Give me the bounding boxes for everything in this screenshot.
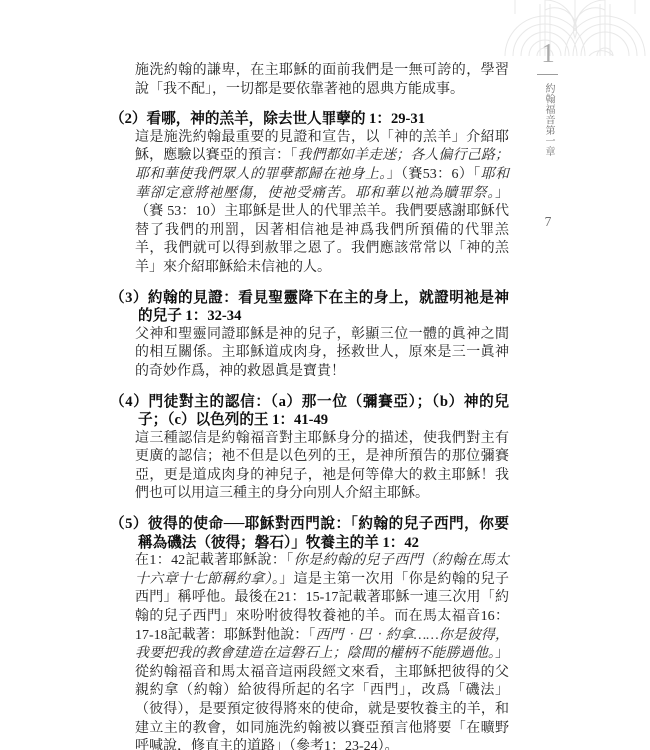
text-run: 施洗約翰的謙卑，在主耶穌的面前我們是一無可誇的，學習說「我不配」，一切都是要依靠…: [135, 63, 509, 97]
art-deco-pattern-icon: [500, 0, 650, 56]
book-page: { "page": { "number": "7", "chapter_numb…: [0, 0, 650, 750]
section-label: （2）: [110, 111, 147, 127]
section-label: （4）: [110, 394, 149, 410]
section-heading-5: （5）彼得的使命──耶穌對西門說：「約翰的兒子西門，你要稱為磯法（彼得；磐石）」…: [110, 515, 509, 552]
section-label: （5）: [110, 516, 148, 532]
text-run: 在1：42記載著耶穌說：「: [135, 553, 294, 568]
section-heading-4: （4）門徒對主的認信：（a）那一位（彌賽亞）；（b）神的兒子；（c）以色列的王 …: [110, 393, 509, 430]
text-run: 」從約翰福音和馬太福音這兩段經文來看，主耶穌把彼得的父親約拿（約翰）給彼得所起的…: [135, 646, 509, 750]
text-run: 」（賽53：6）「: [387, 167, 481, 182]
page-number: 7: [531, 214, 565, 230]
content-area: 施洗約翰的謙卑，在主耶穌的面前我們是一無可誇的，學習說「我不配」，一切都是要依靠…: [110, 62, 509, 750]
section-heading-text: 看哪，神的羔羊，除去世人罪孽的 1：29-31: [147, 111, 426, 127]
chapter-divider: [537, 74, 558, 75]
text-run: 父神和聖靈同證耶穌是神的兒子，彰顯三位一體的眞神之間的相互關係。主耶穌道成肉身，…: [135, 327, 509, 379]
section-paragraph-5: 在1：42記載著耶穌說：「你是約翰的兒子西門（約翰在馬太十六章十七節稱約拿）。」…: [135, 552, 509, 750]
section-heading-3: （3）約翰的見證：看見聖靈降下在主的身上，就證明祂是神的兒子 1：32-34: [110, 289, 509, 326]
section-heading-2: （2）看哪，神的羔羊，除去世人罪孽的 1：29-31: [110, 110, 509, 129]
text-run: 這三種認信是約翰福音對主耶穌身分的描述，使我們對主有更廣的認信；祂不但是以色列的…: [135, 431, 509, 502]
section-paragraph-3: 父神和聖靈同證耶穌是神的兒子，彰顯三位一體的眞神之間的相互關係。主耶穌道成肉身，…: [135, 326, 509, 382]
section-heading-text: 門徒對主的認信：（a）那一位（彌賽亞）；（b）神的兒子；（c）以色列的王 1：4…: [138, 394, 509, 429]
section-paragraph-2: 這是施洗約翰最重要的見證和宣告，以「神的羔羊」介紹耶穌，應驗以賽亞的預言：「我們…: [135, 129, 509, 278]
chapter-title-vertical: 約翰福音第一章: [541, 83, 556, 157]
section-paragraph-4: 這三種認信是約翰福音對主耶穌身分的描述，使我們對主有更廣的認信；祂不但是以色列的…: [135, 430, 509, 504]
intro-paragraph: 施洗約翰的謙卑，在主耶穌的面前我們是一無可誇的，學習說「我不配」，一切都是要依靠…: [135, 62, 509, 99]
chapter-number: 1: [531, 38, 565, 68]
section-label: （3）: [110, 290, 148, 306]
section-heading-text: 約翰的見證：看見聖靈降下在主的身上，就證明祂是神的兒子 1：32-34: [138, 290, 509, 325]
section-heading-text: 彼得的使命──耶穌對西門說：「約翰的兒子西門，你要稱為磯法（彼得；磐石）」牧養主…: [138, 516, 509, 551]
